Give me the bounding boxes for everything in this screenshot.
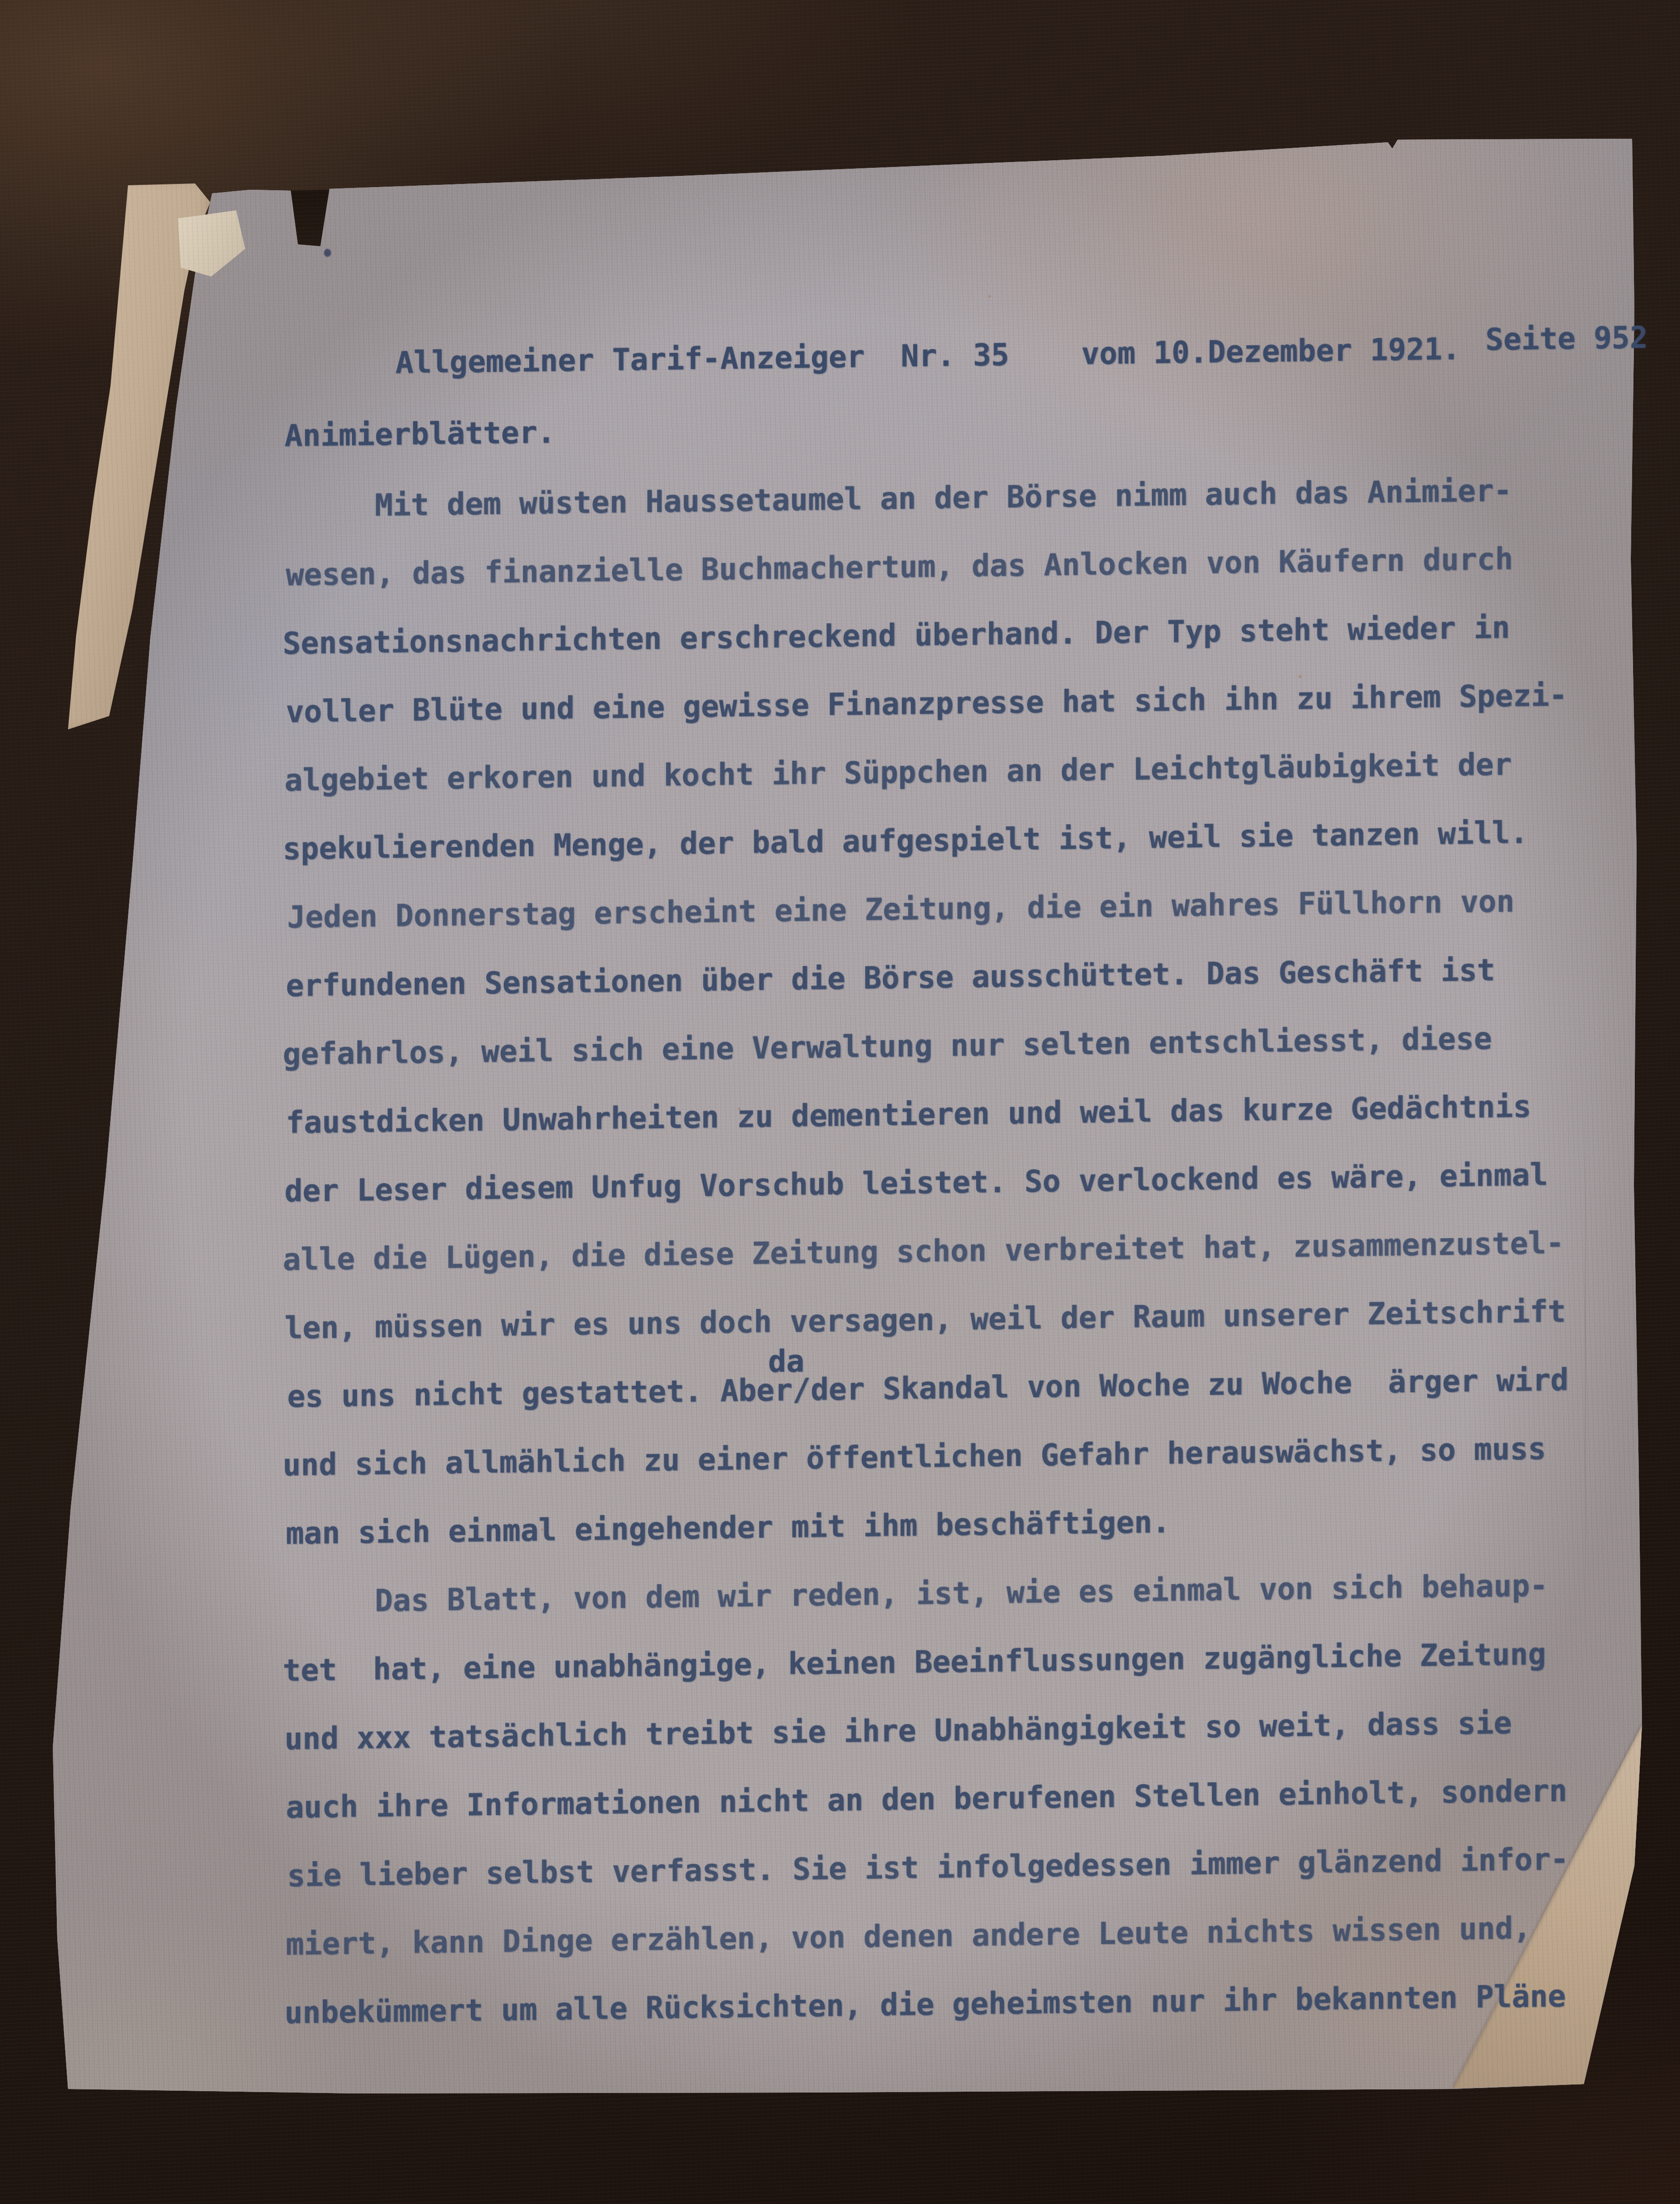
inserted-word: da [768,1327,804,1396]
article-title: Animierblätter. [285,398,555,470]
body-text: Mit dem wüsten Haussetaumel an der Börse… [285,456,1566,2047]
typewritten-text: Allgemeiner Tarif-Anzeiger Nr. 35 vom 10… [285,0,1631,2204]
scan-background: Allgemeiner Tarif-Anzeiger Nr. 35 vom 10… [0,0,1680,2204]
document-header: Allgemeiner Tarif-Anzeiger Nr. 35 vom 10… [287,244,1648,330]
page-number: Seite 952 [1485,303,1648,374]
journal-header-text: Allgemeiner Tarif-Anzeiger Nr. 35 vom 10… [396,332,1460,380]
